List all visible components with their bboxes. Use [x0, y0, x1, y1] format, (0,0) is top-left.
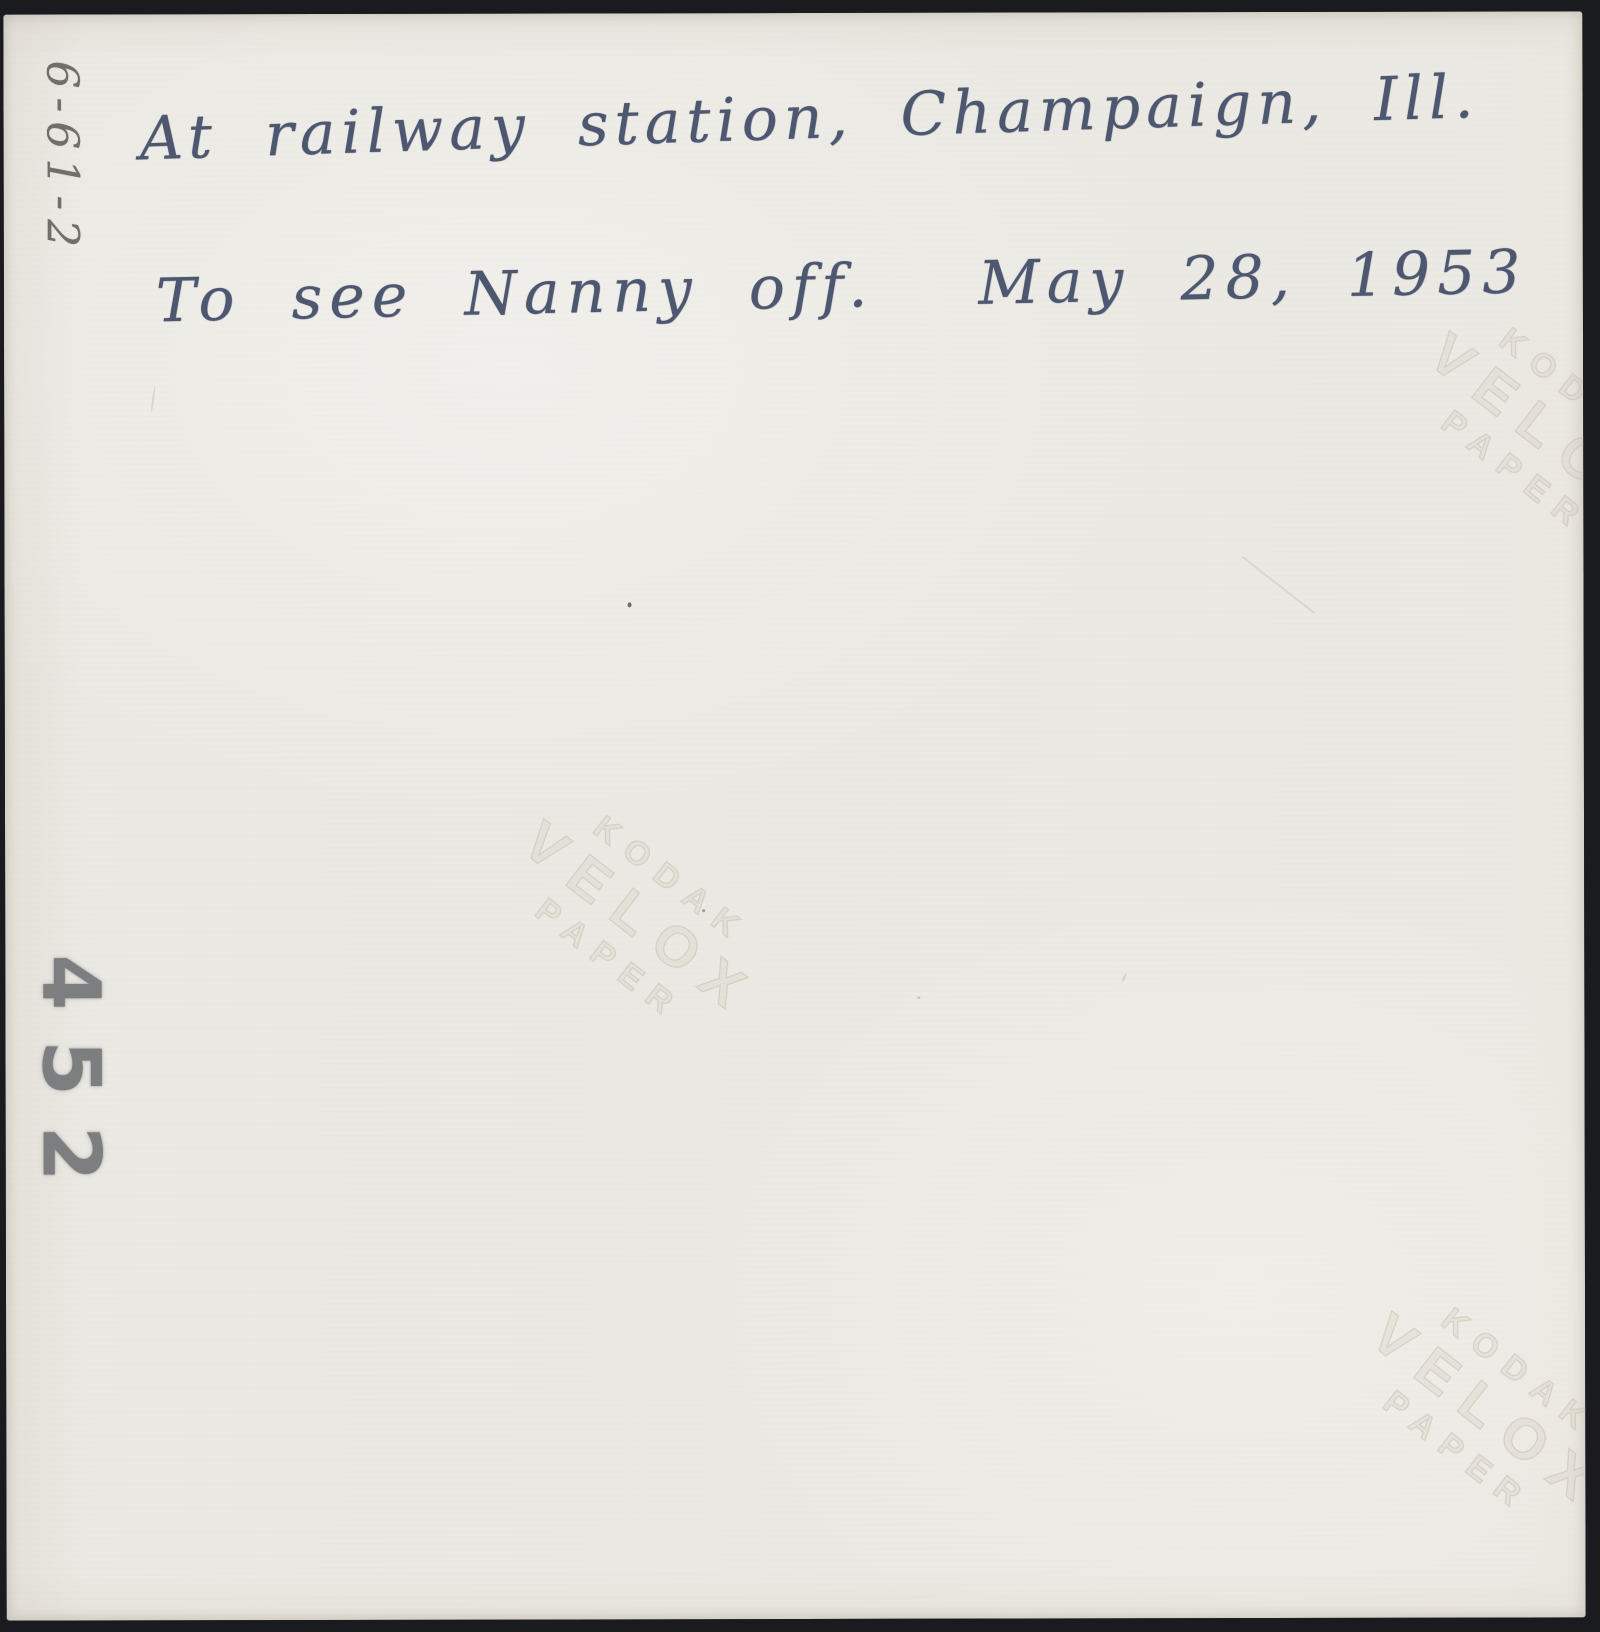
paper-speck	[917, 997, 920, 999]
paper-speck	[628, 602, 632, 607]
watermark-line-kodak: KODAK	[510, 749, 833, 1011]
handwritten-caption-line-2: To see Nanny off. May 28, 1953	[155, 237, 1528, 336]
kodak-velox-watermark: KODAK VELOX PAPER	[1354, 261, 1586, 603]
watermark-line-velox: VELOX	[404, 11, 743, 56]
paper-crease	[1242, 556, 1316, 614]
scanner-background: KODAK VELOX PAPER KODAK VELOX PAPER KODA…	[0, 0, 1600, 1632]
watermark-line-paper: PAPER	[1296, 1321, 1586, 1583]
caption-line-2-text: To see Nanny off.	[155, 251, 875, 336]
watermark-line-paper: PAPER	[448, 829, 771, 1091]
photo-back-paper: KODAK VELOX PAPER KODAK VELOX PAPER KODA…	[3, 11, 1585, 1620]
paper-speck	[1121, 972, 1127, 982]
archive-number-stamp: 452	[24, 954, 118, 1211]
kodak-velox-watermark: KODAK VELOX PAPER	[1296, 1241, 1586, 1583]
watermark-line-paper: PAPER	[381, 11, 704, 85]
edge-code-annotation: 6-61-2	[36, 60, 87, 256]
kodak-velox-watermark: KODAK VELOX PAPER	[381, 11, 766, 85]
watermark-line-kodak: KODAK	[1358, 1241, 1586, 1503]
kodak-velox-watermark: KODAK VELOX PAPER	[448, 749, 833, 1091]
watermark-line-paper: PAPER	[1354, 341, 1586, 603]
handwritten-caption-line-1: At railway station, Champaign, Ill.	[138, 62, 1480, 175]
watermark-line-velox: VELOX	[1377, 290, 1586, 574]
paper-speck	[702, 909, 705, 912]
watermark-line-velox: VELOX	[1319, 1271, 1586, 1555]
watermark-line-velox: VELOX	[471, 778, 810, 1062]
paper-speck	[150, 386, 156, 412]
caption-line-2-date: May 28, 1953	[977, 237, 1528, 319]
